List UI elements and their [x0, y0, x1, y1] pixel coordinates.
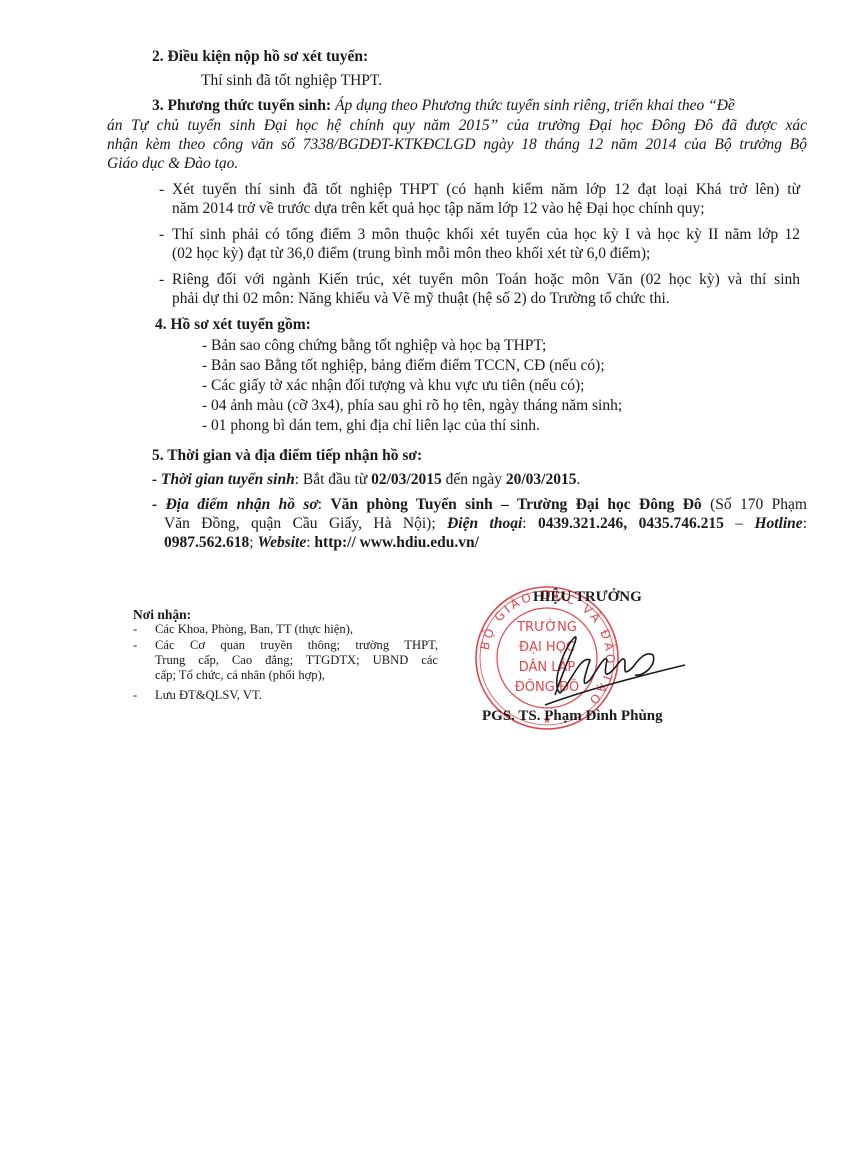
- section-3-intro-line-4: Giáo dục & Đào tạo.: [107, 154, 238, 173]
- time-start: 02/03/2015: [371, 471, 442, 488]
- section-4-item: - 01 phong bì dán tem, ghi địa chỉ liên …: [202, 416, 540, 435]
- admission-place-line-1: - Địa điểm nhận hồ sơ: Văn phòng Tuyển s…: [152, 495, 807, 514]
- section-4-heading: 4. Hồ sơ xét tuyển gồm:: [155, 315, 311, 334]
- section-3-intro-line-3: nhận kèm theo công văn số 7338/BGDĐT-KTK…: [107, 135, 807, 154]
- section-3-item: - Riêng đối với ngành Kiến trúc, xét tuy…: [172, 270, 800, 308]
- section-3-heading: 3. Phương thức tuyển sinh:: [152, 97, 331, 114]
- section-4-item: - Bản sao công chứng bằng tốt nghiệp và …: [202, 336, 546, 355]
- recipient-item: - Lưu ĐT&QLSV, VT.: [155, 688, 262, 703]
- time-end: 20/03/2015: [506, 471, 577, 488]
- website-link[interactable]: http:// www.hdiu.edu.vn/: [314, 534, 479, 551]
- section-4-item: - Bản sao Bằng tốt nghiệp, bảng điểm điể…: [202, 356, 605, 375]
- recipient-item: - Các Cơ quan truyền thông; trường THPT,…: [155, 638, 438, 683]
- section-3-item: - Thí sinh phải có tổng điểm 3 môn thuộc…: [172, 225, 800, 263]
- signer-title: HIỆU TRƯỞNG: [533, 588, 642, 607]
- section-2-heading: 2. Điều kiện nộp hồ sơ xét tuyển:: [152, 47, 368, 66]
- admission-time: - Thời gian tuyển sinh: Bắt đầu từ 02/03…: [152, 470, 580, 489]
- signer-name: PGS. TS. Phạm Đình Phùng: [482, 707, 663, 726]
- admission-place-line-3: 0987.562.618; Website: http:// www.hdiu.…: [164, 533, 479, 552]
- section-3-intro-line-1: 3. Phương thức tuyển sinh: Áp dụng theo …: [152, 96, 735, 115]
- admission-place-line-2: Văn Đồng, quận Cầu Giấy, Hà Nội); Điện t…: [164, 514, 807, 533]
- section-4-item: - Các giấy tờ xác nhận đối tượng và khu …: [202, 376, 585, 395]
- section-3-item: - Xét tuyển thí sinh đã tốt nghiệp THPT …: [172, 180, 800, 218]
- phone-numbers: 0439.321.246, 0435.746.215: [538, 515, 724, 532]
- section-5-heading: 5. Thời gian và địa điểm tiếp nhận hồ sơ…: [152, 446, 422, 465]
- section-3-intro-line-2: án Tự chủ tuyển sinh Đại học hệ chính qu…: [107, 116, 807, 135]
- hotline-number: 0987.562.618: [164, 534, 249, 551]
- section-2-body: Thí sinh đã tốt nghiệp THPT.: [201, 71, 382, 90]
- recipient-item: - Các Khoa, Phòng, Ban, TT (thực hiện),: [155, 622, 353, 637]
- section-4-item: - 04 ảnh màu (cỡ 3x4), phía sau ghi rõ h…: [202, 396, 622, 415]
- handwritten-signature: [535, 625, 695, 710]
